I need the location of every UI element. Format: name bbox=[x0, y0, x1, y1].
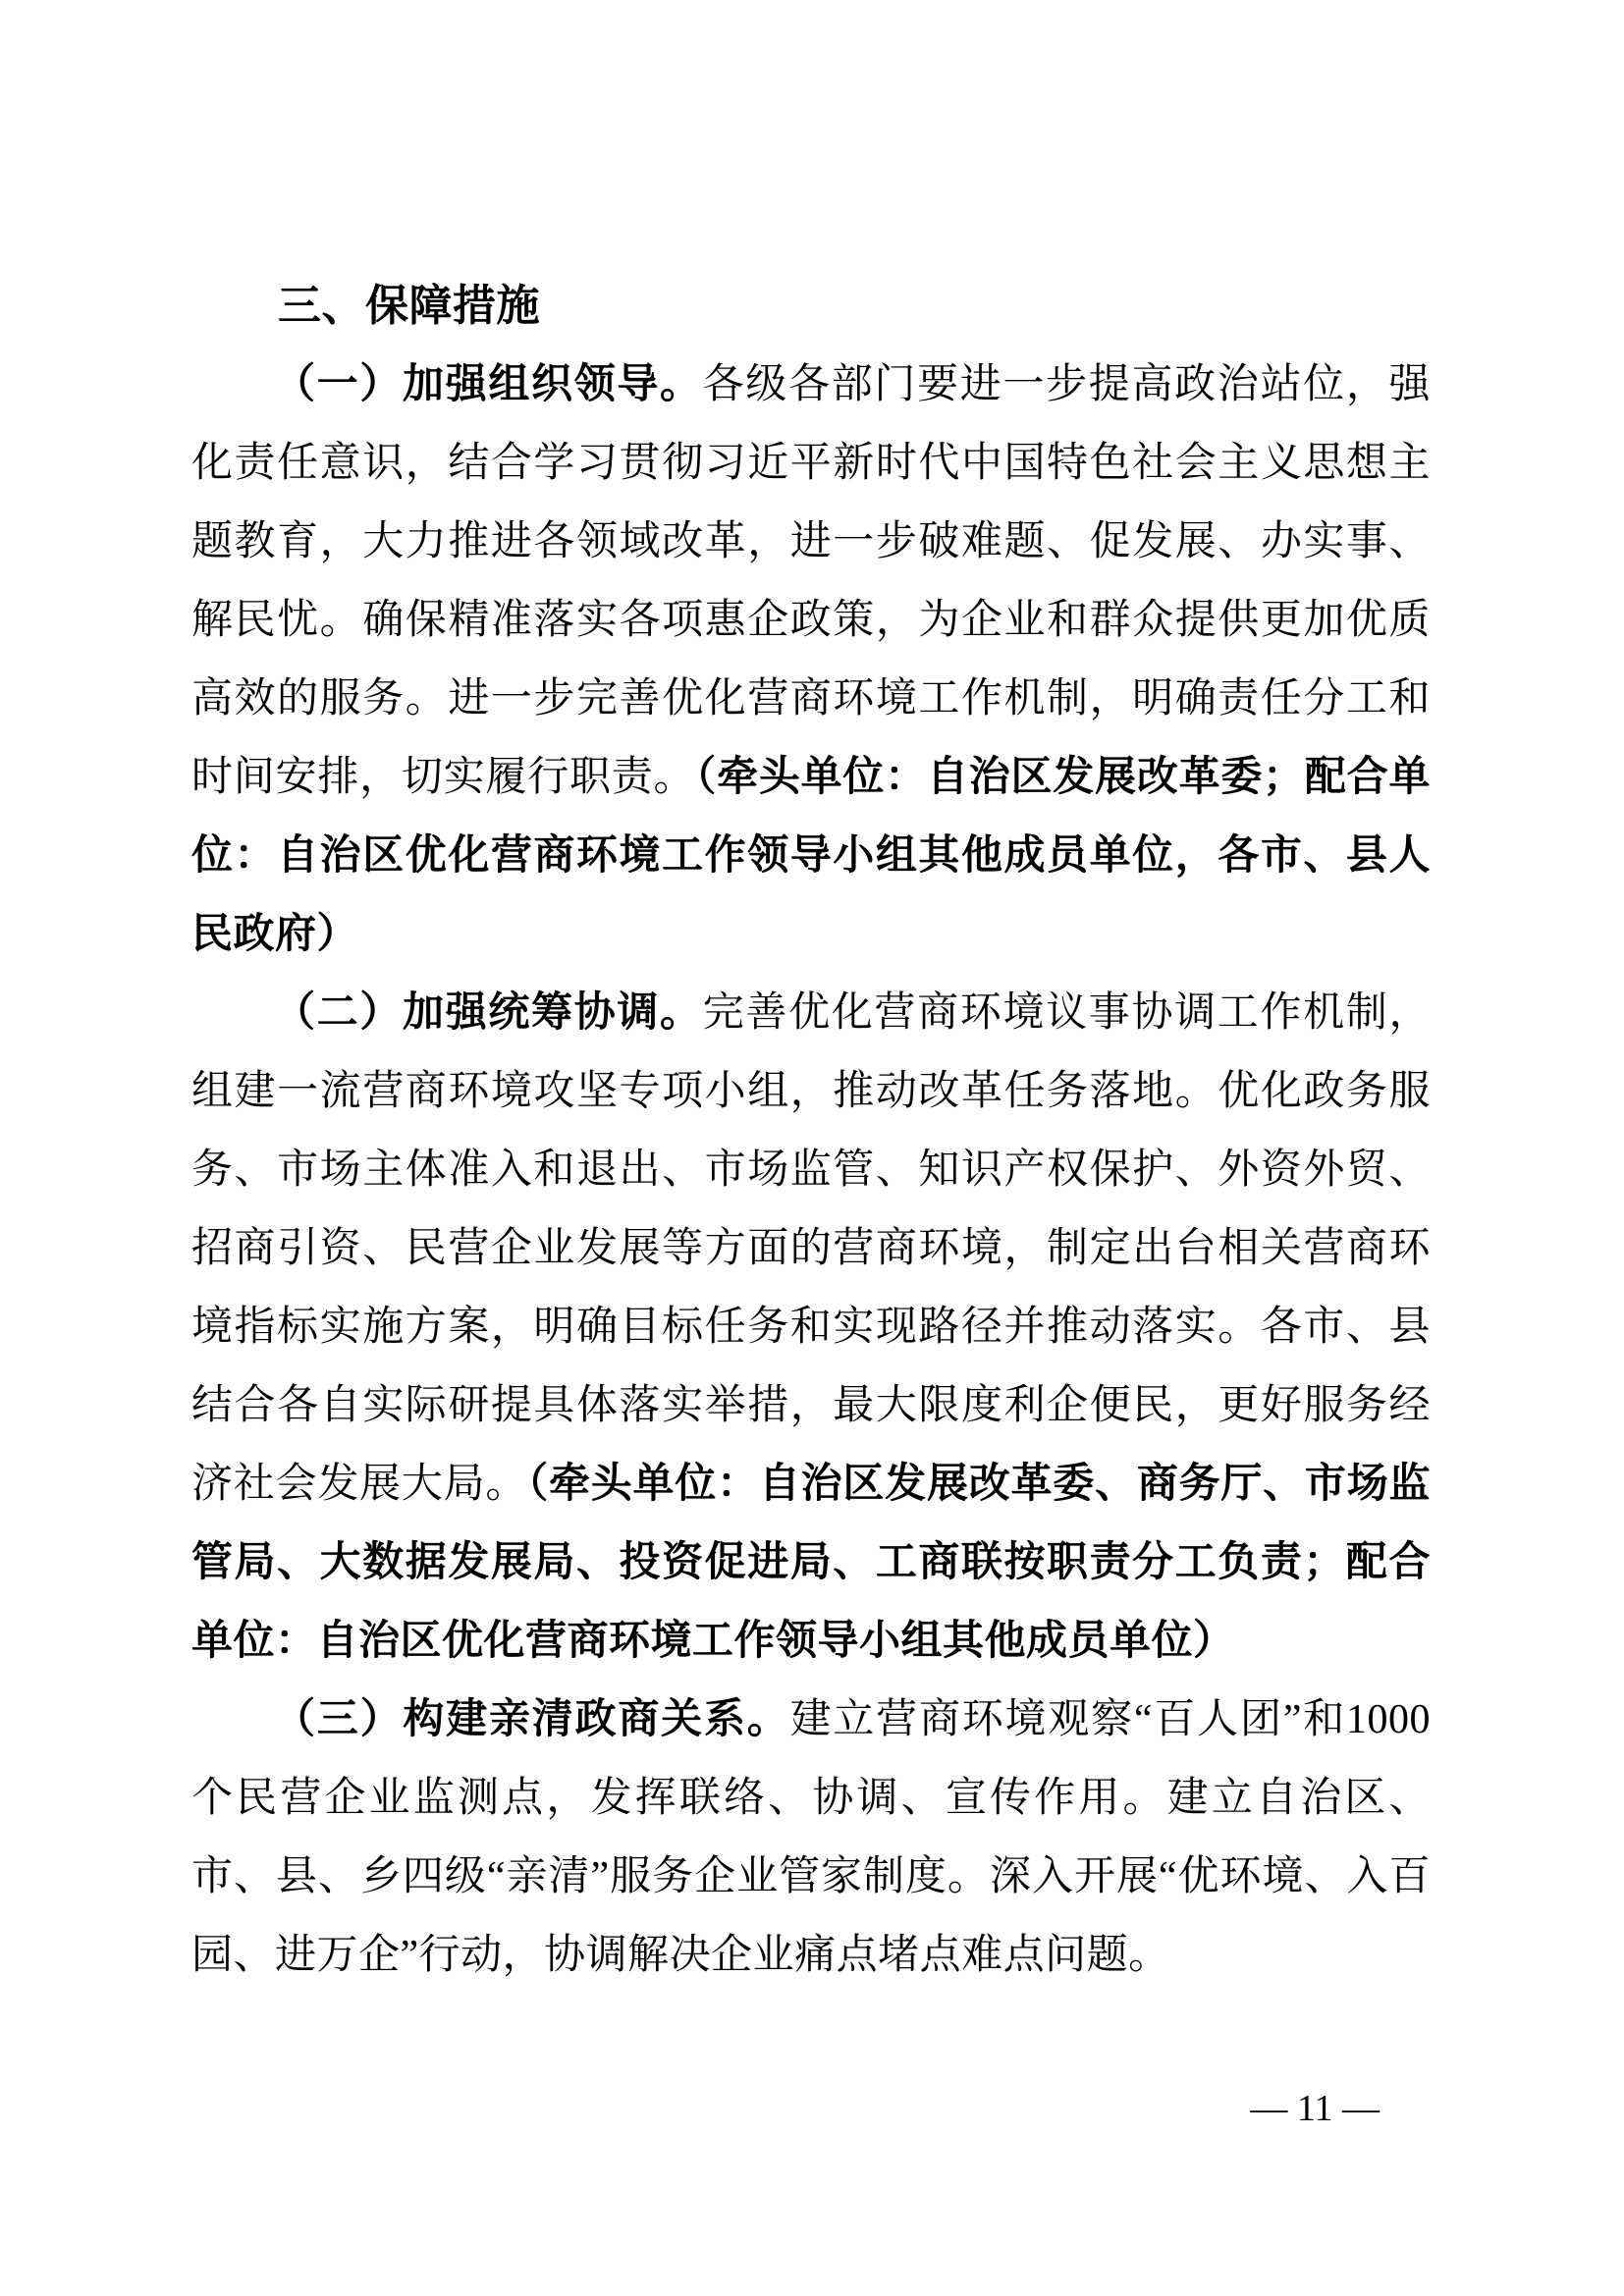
document-body: 三、保障措施 （一）加强组织领导。各级各部门要进一步提高政治站位，强化责任意识，… bbox=[191, 267, 1431, 1995]
paragraph-lead: （一）加强组织领导。 bbox=[274, 362, 703, 407]
paragraph-lead: （三）构建亲清政商关系。 bbox=[274, 1697, 790, 1742]
paragraph-body: 各级各部门要进一步提高政治站位，强化责任意识，结合学习贯彻习近平新时代中国特色社… bbox=[191, 362, 1431, 800]
paragraph: （一）加强组织领导。各级各部门要进一步提高政治站位，强化责任意识，结合学习贯彻习… bbox=[191, 346, 1431, 974]
section-heading: 三、保障措施 bbox=[191, 267, 1431, 346]
paragraph-body: 完善优化营商环境议事协调工作机制，组建一流营商环境攻坚专项小组，推动改革任务落地… bbox=[191, 990, 1431, 1507]
paragraph: （二）加强统筹协调。完善优化营商环境议事协调工作机制，组建一流营商环境攻坚专项小… bbox=[191, 974, 1431, 1681]
paragraph: （三）构建亲清政商关系。建立营商环境观察“百人团”和1000 个民营企业监测点，… bbox=[191, 1681, 1431, 1995]
paragraph-lead: （二）加强统筹协调。 bbox=[274, 990, 703, 1036]
page-number: — 11 — bbox=[1250, 2085, 1380, 2132]
document-page: 三、保障措施 （一）加强组织领导。各级各部门要进一步提高政治站位，强化责任意识，… bbox=[0, 0, 1624, 2296]
